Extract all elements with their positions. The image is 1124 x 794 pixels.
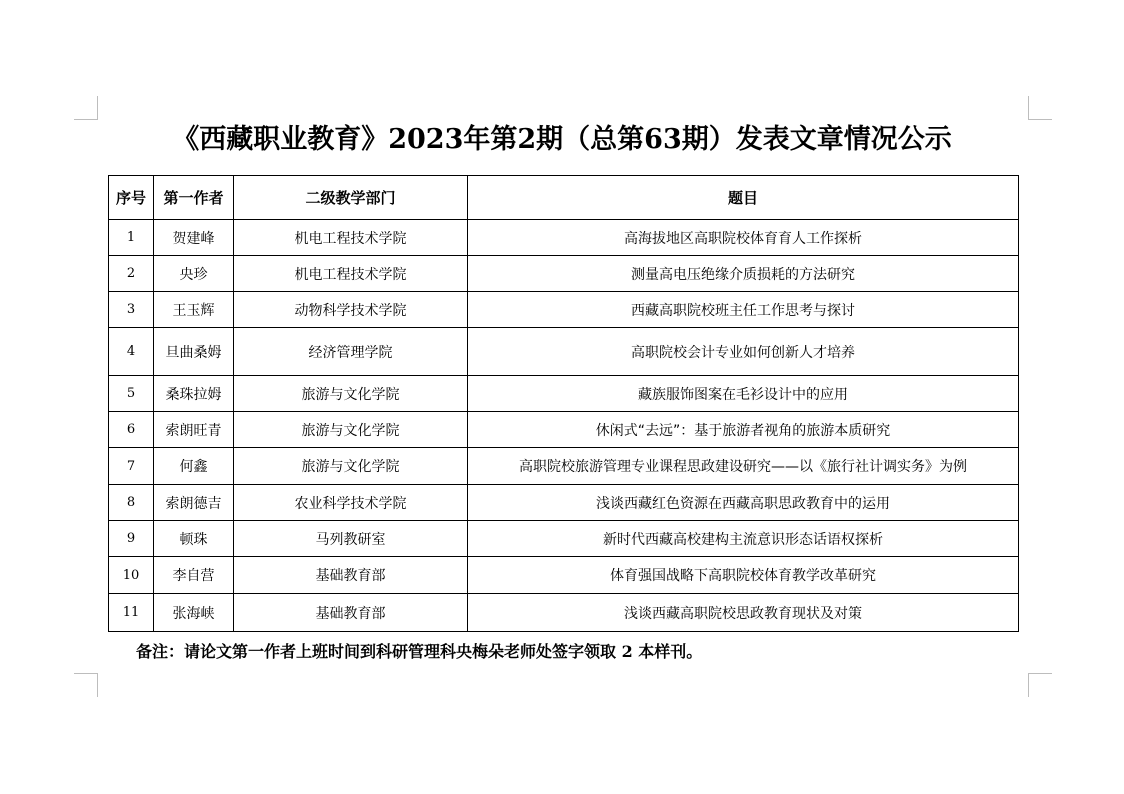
cell-author: 李自营 — [154, 557, 234, 594]
crop-mark-top-left-v — [97, 96, 98, 120]
cell-serial-number: 7 — [109, 448, 154, 485]
crop-mark-bottom-right-h — [1028, 673, 1052, 674]
cell-department: 基础教育部 — [234, 594, 468, 632]
header-serial-number: 序号 — [109, 176, 154, 220]
cell-article-title: 浅谈西藏红色资源在西藏高职思政教育中的运用 — [468, 485, 1019, 521]
cell-department: 基础教育部 — [234, 557, 468, 594]
cell-department: 旅游与文化学院 — [234, 448, 468, 485]
cell-author: 桑珠拉姆 — [154, 376, 234, 412]
cell-article-title: 浅谈西藏高职院校思政教育现状及对策 — [468, 594, 1019, 632]
cell-serial-number: 1 — [109, 220, 154, 256]
crop-mark-bottom-left-h — [74, 673, 98, 674]
table-header-row: 序号 第一作者 二级教学部门 题目 — [109, 176, 1019, 220]
cell-author: 顿珠 — [154, 521, 234, 557]
cell-author: 索朗旺青 — [154, 412, 234, 448]
cell-department: 机电工程技术学院 — [234, 256, 468, 292]
cell-author: 旦曲桑姆 — [154, 328, 234, 376]
cell-article-title: 休闲式“去远”：基于旅游者视角的旅游本质研究 — [468, 412, 1019, 448]
cell-department: 旅游与文化学院 — [234, 376, 468, 412]
table-row: 11 张海峡 基础教育部 浅谈西藏高职院校思政教育现状及对策 — [109, 594, 1019, 632]
cell-serial-number: 5 — [109, 376, 154, 412]
table-row: 4 旦曲桑姆 经济管理学院 高职院校会计专业如何创新人才培养 — [109, 328, 1019, 376]
header-article-title: 题目 — [468, 176, 1019, 220]
cell-department: 机电工程技术学院 — [234, 220, 468, 256]
cell-author: 张海峡 — [154, 594, 234, 632]
crop-mark-bottom-right-v — [1028, 673, 1029, 697]
table-row: 5 桑珠拉姆 旅游与文化学院 藏族服饰图案在毛衫设计中的应用 — [109, 376, 1019, 412]
cell-department: 农业科学技术学院 — [234, 485, 468, 521]
table-row: 7 何鑫 旅游与文化学院 高职院校旅游管理专业课程思政建设研究——以《旅行社计调… — [109, 448, 1019, 485]
cell-article-title: 西藏高职院校班主任工作思考与探讨 — [468, 292, 1019, 328]
crop-mark-bottom-left-v — [97, 673, 98, 697]
cell-department: 动物科学技术学院 — [234, 292, 468, 328]
cell-author: 央珍 — [154, 256, 234, 292]
cell-serial-number: 3 — [109, 292, 154, 328]
cell-author: 何鑫 — [154, 448, 234, 485]
cell-serial-number: 6 — [109, 412, 154, 448]
table-row: 10 李自营 基础教育部 体育强国战略下高职院校体育教学改革研究 — [109, 557, 1019, 594]
header-department: 二级教学部门 — [234, 176, 468, 220]
cell-serial-number: 4 — [109, 328, 154, 376]
cell-serial-number: 8 — [109, 485, 154, 521]
cell-article-title: 体育强国战略下高职院校体育教学改革研究 — [468, 557, 1019, 594]
cell-author: 贺建峰 — [154, 220, 234, 256]
cell-department: 经济管理学院 — [234, 328, 468, 376]
footnote-remark: 备注：请论文第一作者上班时间到科研管理科央梅朵老师处签字领取 2 本样刊。 — [136, 640, 702, 664]
cell-department: 旅游与文化学院 — [234, 412, 468, 448]
cell-article-title: 高海拔地区高职院校体育育人工作探析 — [468, 220, 1019, 256]
cell-article-title: 藏族服饰图案在毛衫设计中的应用 — [468, 376, 1019, 412]
cell-serial-number: 10 — [109, 557, 154, 594]
table-row: 2 央珍 机电工程技术学院 测量高电压绝缘介质损耗的方法研究 — [109, 256, 1019, 292]
crop-mark-top-right-h — [1028, 119, 1052, 120]
publication-table: 序号 第一作者 二级教学部门 题目 1 贺建峰 机电工程技术学院 高海拔地区高职… — [108, 175, 1019, 632]
table-row: 3 王玉辉 动物科学技术学院 西藏高职院校班主任工作思考与探讨 — [109, 292, 1019, 328]
table-row: 8 索朗德吉 农业科学技术学院 浅谈西藏红色资源在西藏高职思政教育中的运用 — [109, 485, 1019, 521]
crop-mark-top-left-h — [74, 119, 98, 120]
cell-serial-number: 11 — [109, 594, 154, 632]
cell-article-title: 新时代西藏高校建构主流意识形态话语权探析 — [468, 521, 1019, 557]
cell-article-title: 高职院校旅游管理专业课程思政建设研究——以《旅行社计调实务》为例 — [468, 448, 1019, 485]
table-row: 1 贺建峰 机电工程技术学院 高海拔地区高职院校体育育人工作探析 — [109, 220, 1019, 256]
cell-department: 马列教研室 — [234, 521, 468, 557]
table-row: 6 索朗旺青 旅游与文化学院 休闲式“去远”：基于旅游者视角的旅游本质研究 — [109, 412, 1019, 448]
document-title: 《西藏职业教育》2023年第2期（总第63期）发表文章情况公示 — [100, 118, 1024, 162]
cell-serial-number: 2 — [109, 256, 154, 292]
table-row: 9 顿珠 马列教研室 新时代西藏高校建构主流意识形态话语权探析 — [109, 521, 1019, 557]
crop-mark-top-right-v — [1028, 96, 1029, 120]
cell-article-title: 高职院校会计专业如何创新人才培养 — [468, 328, 1019, 376]
cell-article-title: 测量高电压绝缘介质损耗的方法研究 — [468, 256, 1019, 292]
cell-author: 索朗德吉 — [154, 485, 234, 521]
header-first-author: 第一作者 — [154, 176, 234, 220]
cell-serial-number: 9 — [109, 521, 154, 557]
cell-author: 王玉辉 — [154, 292, 234, 328]
